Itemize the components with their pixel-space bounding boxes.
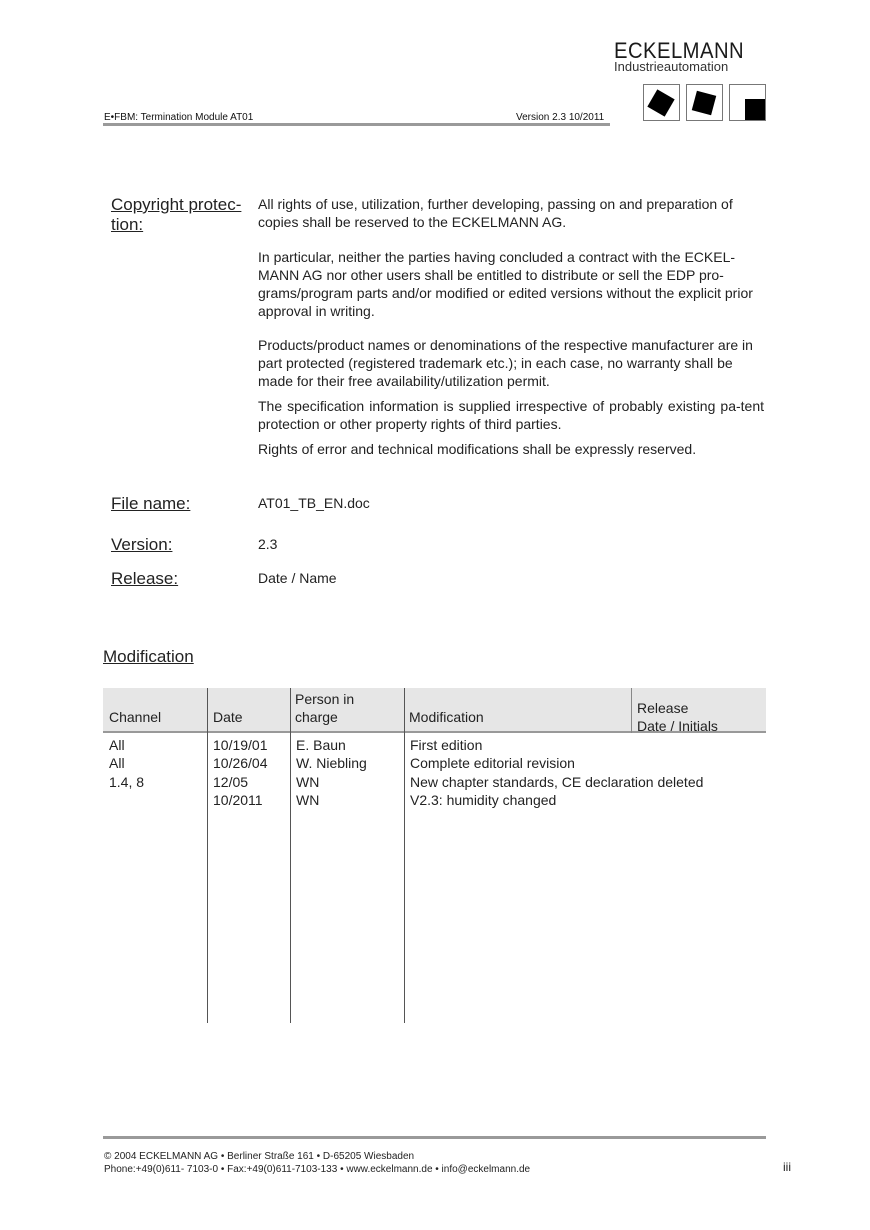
cell-modification: New chapter standards, CE declaration de… (410, 773, 703, 791)
footer-contact: Phone:+49(0)611- 7103-0 • Fax:+49(0)611-… (104, 1164, 530, 1175)
file-name-label: File name: (111, 494, 190, 514)
col-modification: Modification (409, 708, 484, 726)
cell-person: W. Niebling (296, 754, 367, 772)
footer-divider (103, 1136, 766, 1139)
cell-channel: All (109, 754, 125, 772)
col-person-line2: charge (295, 708, 354, 726)
cell-date: 12/05 (213, 773, 248, 791)
column-divider (631, 688, 632, 733)
brand-subtitle: Industrieautomation (614, 59, 728, 74)
copyright-para-4: The specification information is supplie… (258, 397, 764, 433)
cell-modification: V2.3: humidity changed (410, 791, 556, 809)
copyright-label: Copyright protec- tion: (111, 195, 241, 235)
file-name-value: AT01_TB_EN.doc (258, 495, 370, 511)
cell-channel: 1.4, 8 (109, 773, 144, 791)
cell-date: 10/2011 (213, 791, 263, 809)
copyright-para-5: Rights of error and technical modificati… (258, 440, 764, 458)
eckelmann-logo-icon (643, 84, 768, 124)
cell-modification: First edition (410, 736, 482, 754)
document-title: E•FBM: Termination Module AT01 (104, 112, 253, 123)
cell-person: WN (296, 773, 319, 791)
copyright-label-line2: tion: (111, 215, 241, 235)
cell-modification: Complete editorial revision (410, 754, 575, 772)
modification-table-header: Channel Date Person in charge Modificati… (103, 688, 766, 733)
copyright-para-2: In particular, neither the parties havin… (258, 248, 764, 320)
release-value: Date / Name (258, 570, 337, 586)
col-channel: Channel (109, 708, 161, 726)
col-release: Release Date / Initials (637, 699, 718, 735)
col-person-line1: Person in (295, 690, 354, 708)
copyright-para-3: Products/product names or denominations … (258, 336, 764, 390)
copyright-para-1: All rights of use, utilization, further … (258, 195, 764, 231)
page-number: iii (783, 1160, 791, 1174)
copyright-label-line1: Copyright protec- (111, 195, 241, 215)
modification-heading: Modification (103, 647, 194, 667)
col-release-line2: Date / Initials (637, 717, 718, 735)
column-divider (404, 688, 405, 1023)
cell-date: 10/19/01 (213, 736, 268, 754)
cell-channel: All (109, 736, 125, 754)
cell-person: WN (296, 791, 319, 809)
column-divider (290, 688, 291, 1023)
version-label: Version: (111, 535, 172, 555)
version-value: 2.3 (258, 536, 277, 552)
cell-person: E. Baun (296, 736, 346, 754)
document-version: Version 2.3 10/2011 (516, 112, 604, 123)
col-date: Date (213, 708, 243, 726)
footer-address: © 2004 ECKELMANN AG • Berliner Straße 16… (104, 1151, 414, 1162)
header-divider (103, 123, 610, 126)
col-release-line1: Release (637, 699, 718, 717)
release-label: Release: (111, 569, 178, 589)
cell-date: 10/26/04 (213, 754, 268, 772)
column-divider (207, 688, 208, 1023)
col-person: Person in charge (295, 690, 354, 726)
